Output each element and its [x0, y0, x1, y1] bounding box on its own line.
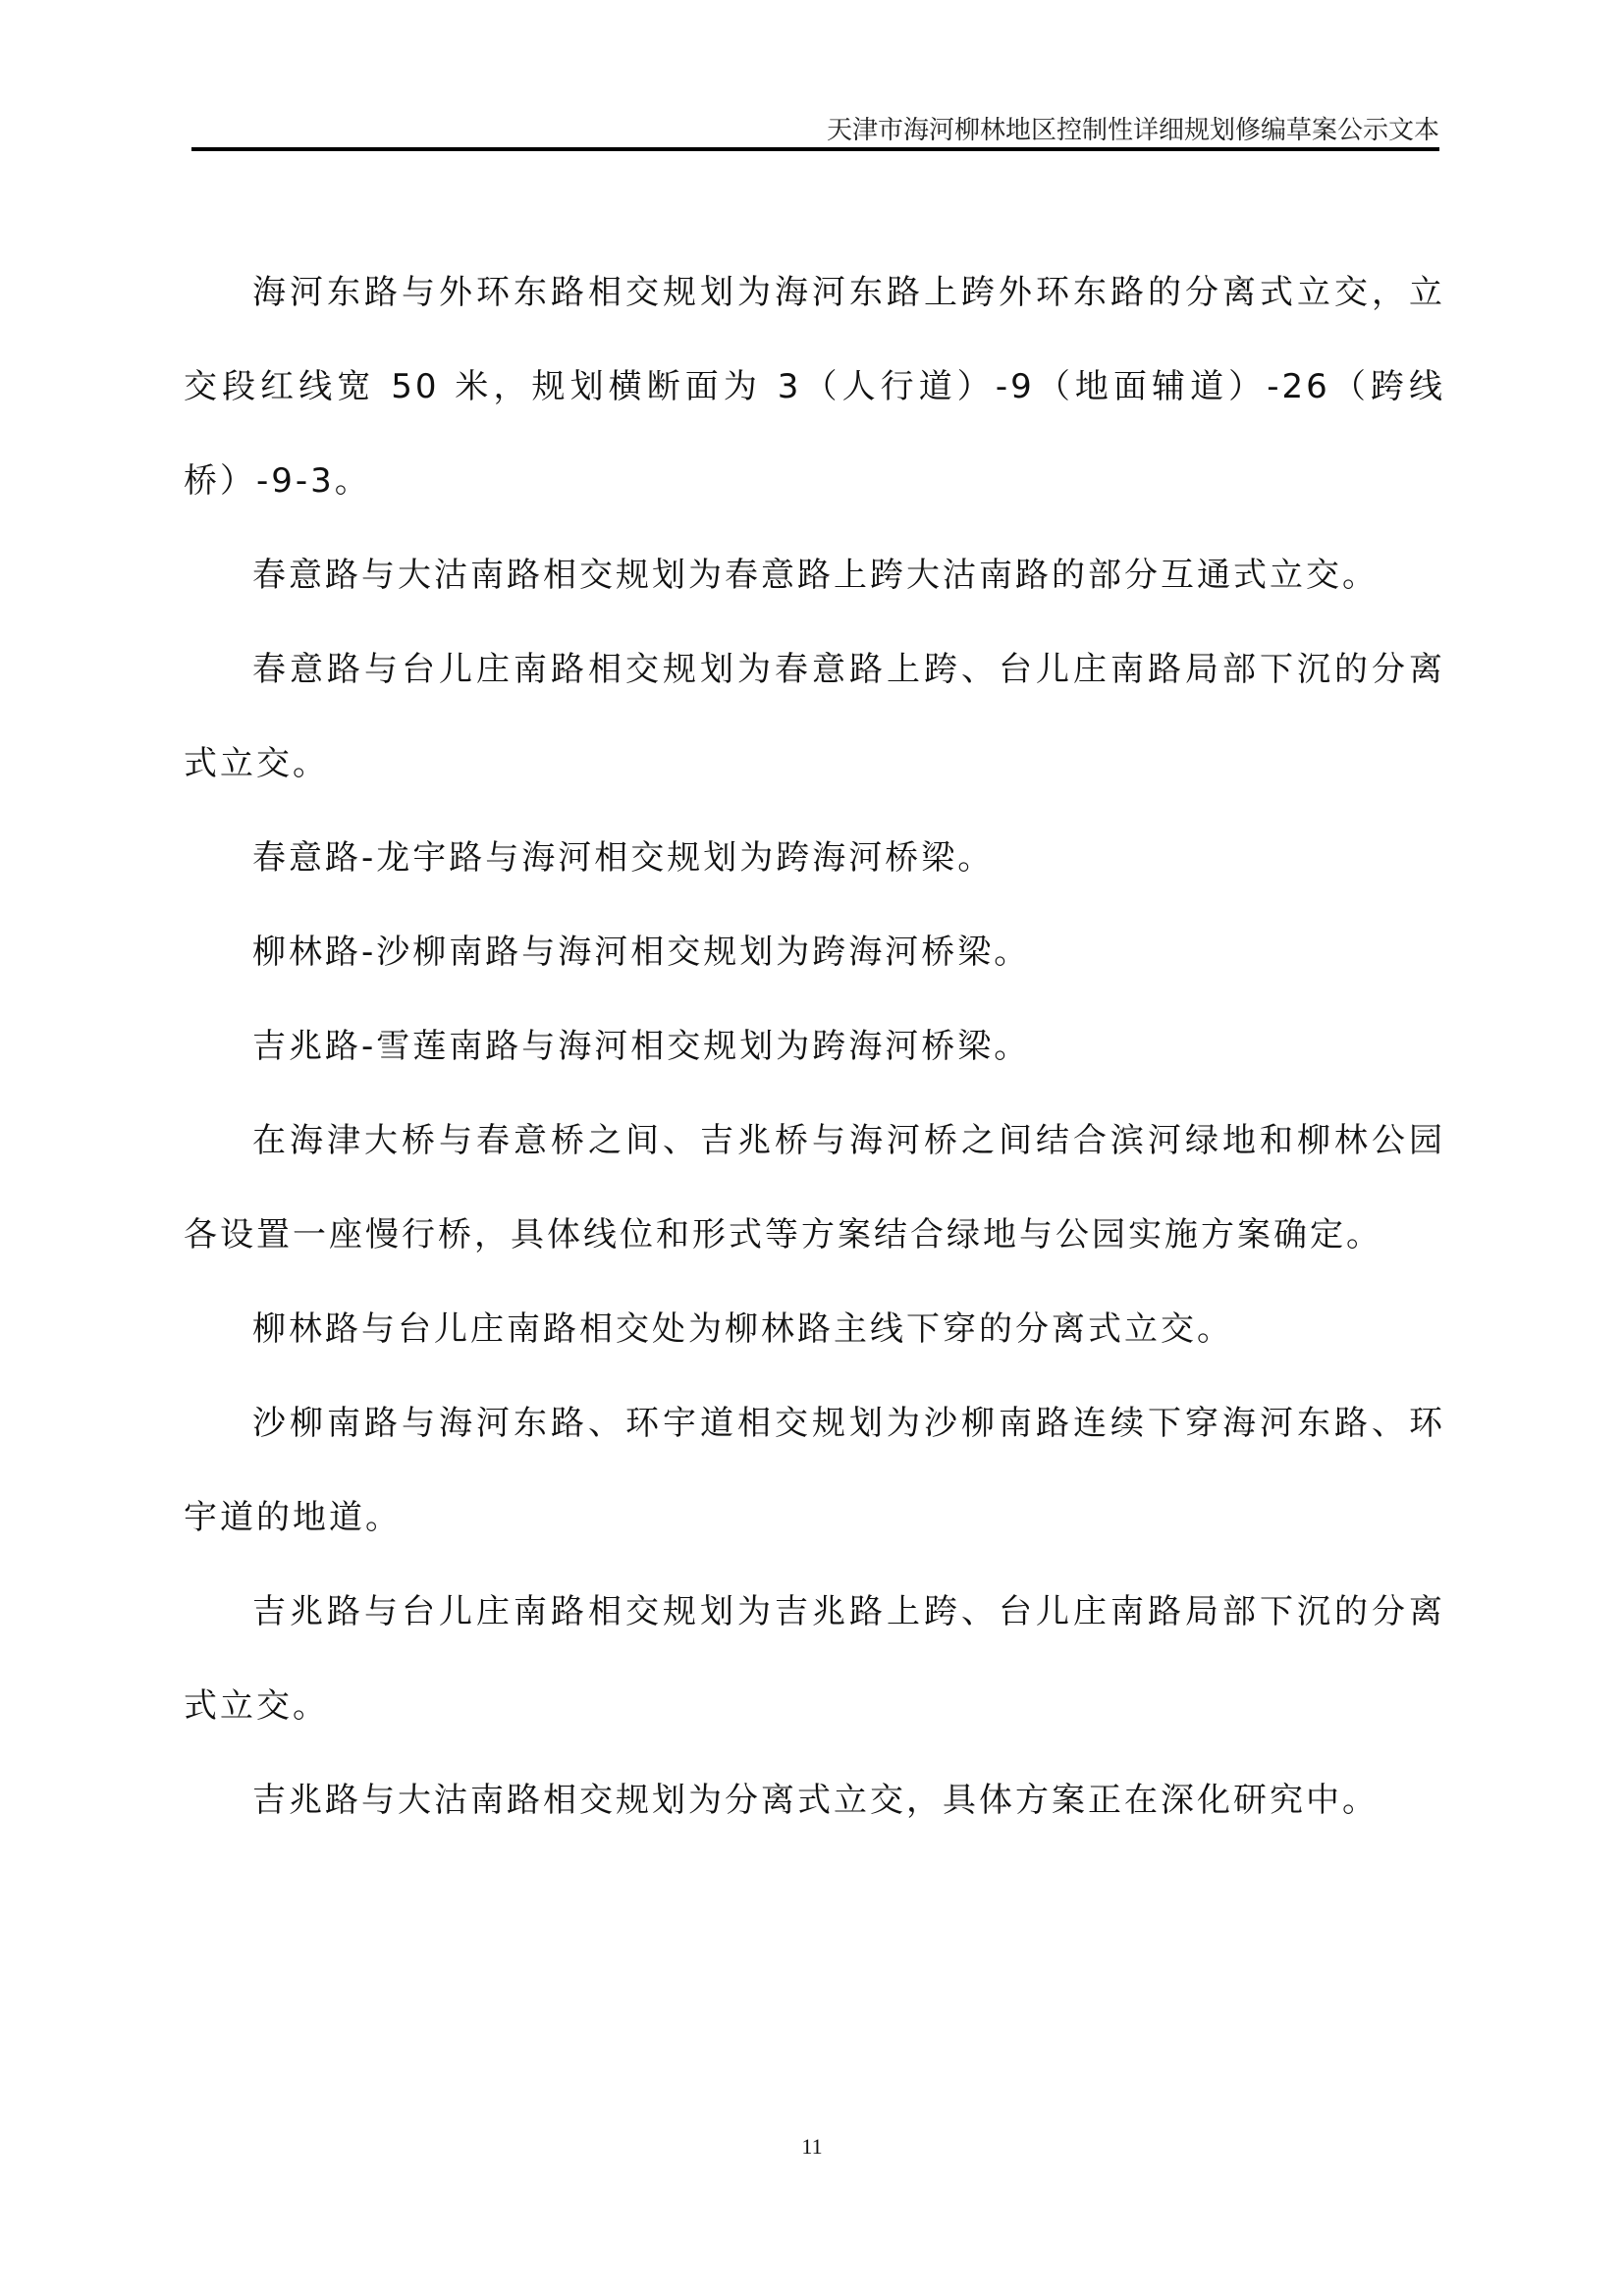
document-header-title: 天津市海河柳林地区控制性详细规划修编草案公示文本 — [827, 110, 1439, 146]
paragraph: 海河东路与外环东路相交规划为海河东路上跨外环东路的分离式立交，立交段红线宽 50… — [184, 245, 1445, 528]
paragraph: 春意路与台儿庄南路相交规划为春意路上跨、台儿庄南路局部下沉的分离式立交。 — [184, 622, 1445, 811]
paragraph: 柳林路-沙柳南路与海河相交规划为跨海河桥梁。 — [184, 905, 1445, 999]
header-divider — [191, 147, 1439, 151]
paragraph: 在海津大桥与春意桥之间、吉兆桥与海河桥之间结合滨河绿地和柳林公园各设置一座慢行桥… — [184, 1094, 1445, 1282]
document-body: 海河东路与外环东路相交规划为海河东路上跨外环东路的分离式立交，立交段红线宽 50… — [184, 245, 1445, 1847]
paragraph: 春意路-龙宇路与海河相交规划为跨海河桥梁。 — [184, 811, 1445, 905]
paragraph: 吉兆路与台儿庄南路相交规划为吉兆路上跨、台儿庄南路局部下沉的分离式立交。 — [184, 1565, 1445, 1753]
paragraph: 柳林路与台儿庄南路相交处为柳林路主线下穿的分离式立交。 — [184, 1282, 1445, 1376]
paragraph: 吉兆路-雪莲南路与海河相交规划为跨海河桥梁。 — [184, 999, 1445, 1094]
page-number: 11 — [0, 2134, 1624, 2160]
paragraph: 沙柳南路与海河东路、环宇道相交规划为沙柳南路连续下穿海河东路、环宇道的地道。 — [184, 1376, 1445, 1565]
paragraph: 春意路与大沽南路相交规划为春意路上跨大沽南路的部分互通式立交。 — [184, 528, 1445, 622]
paragraph: 吉兆路与大沽南路相交规划为分离式立交，具体方案正在深化研究中。 — [184, 1753, 1445, 1847]
